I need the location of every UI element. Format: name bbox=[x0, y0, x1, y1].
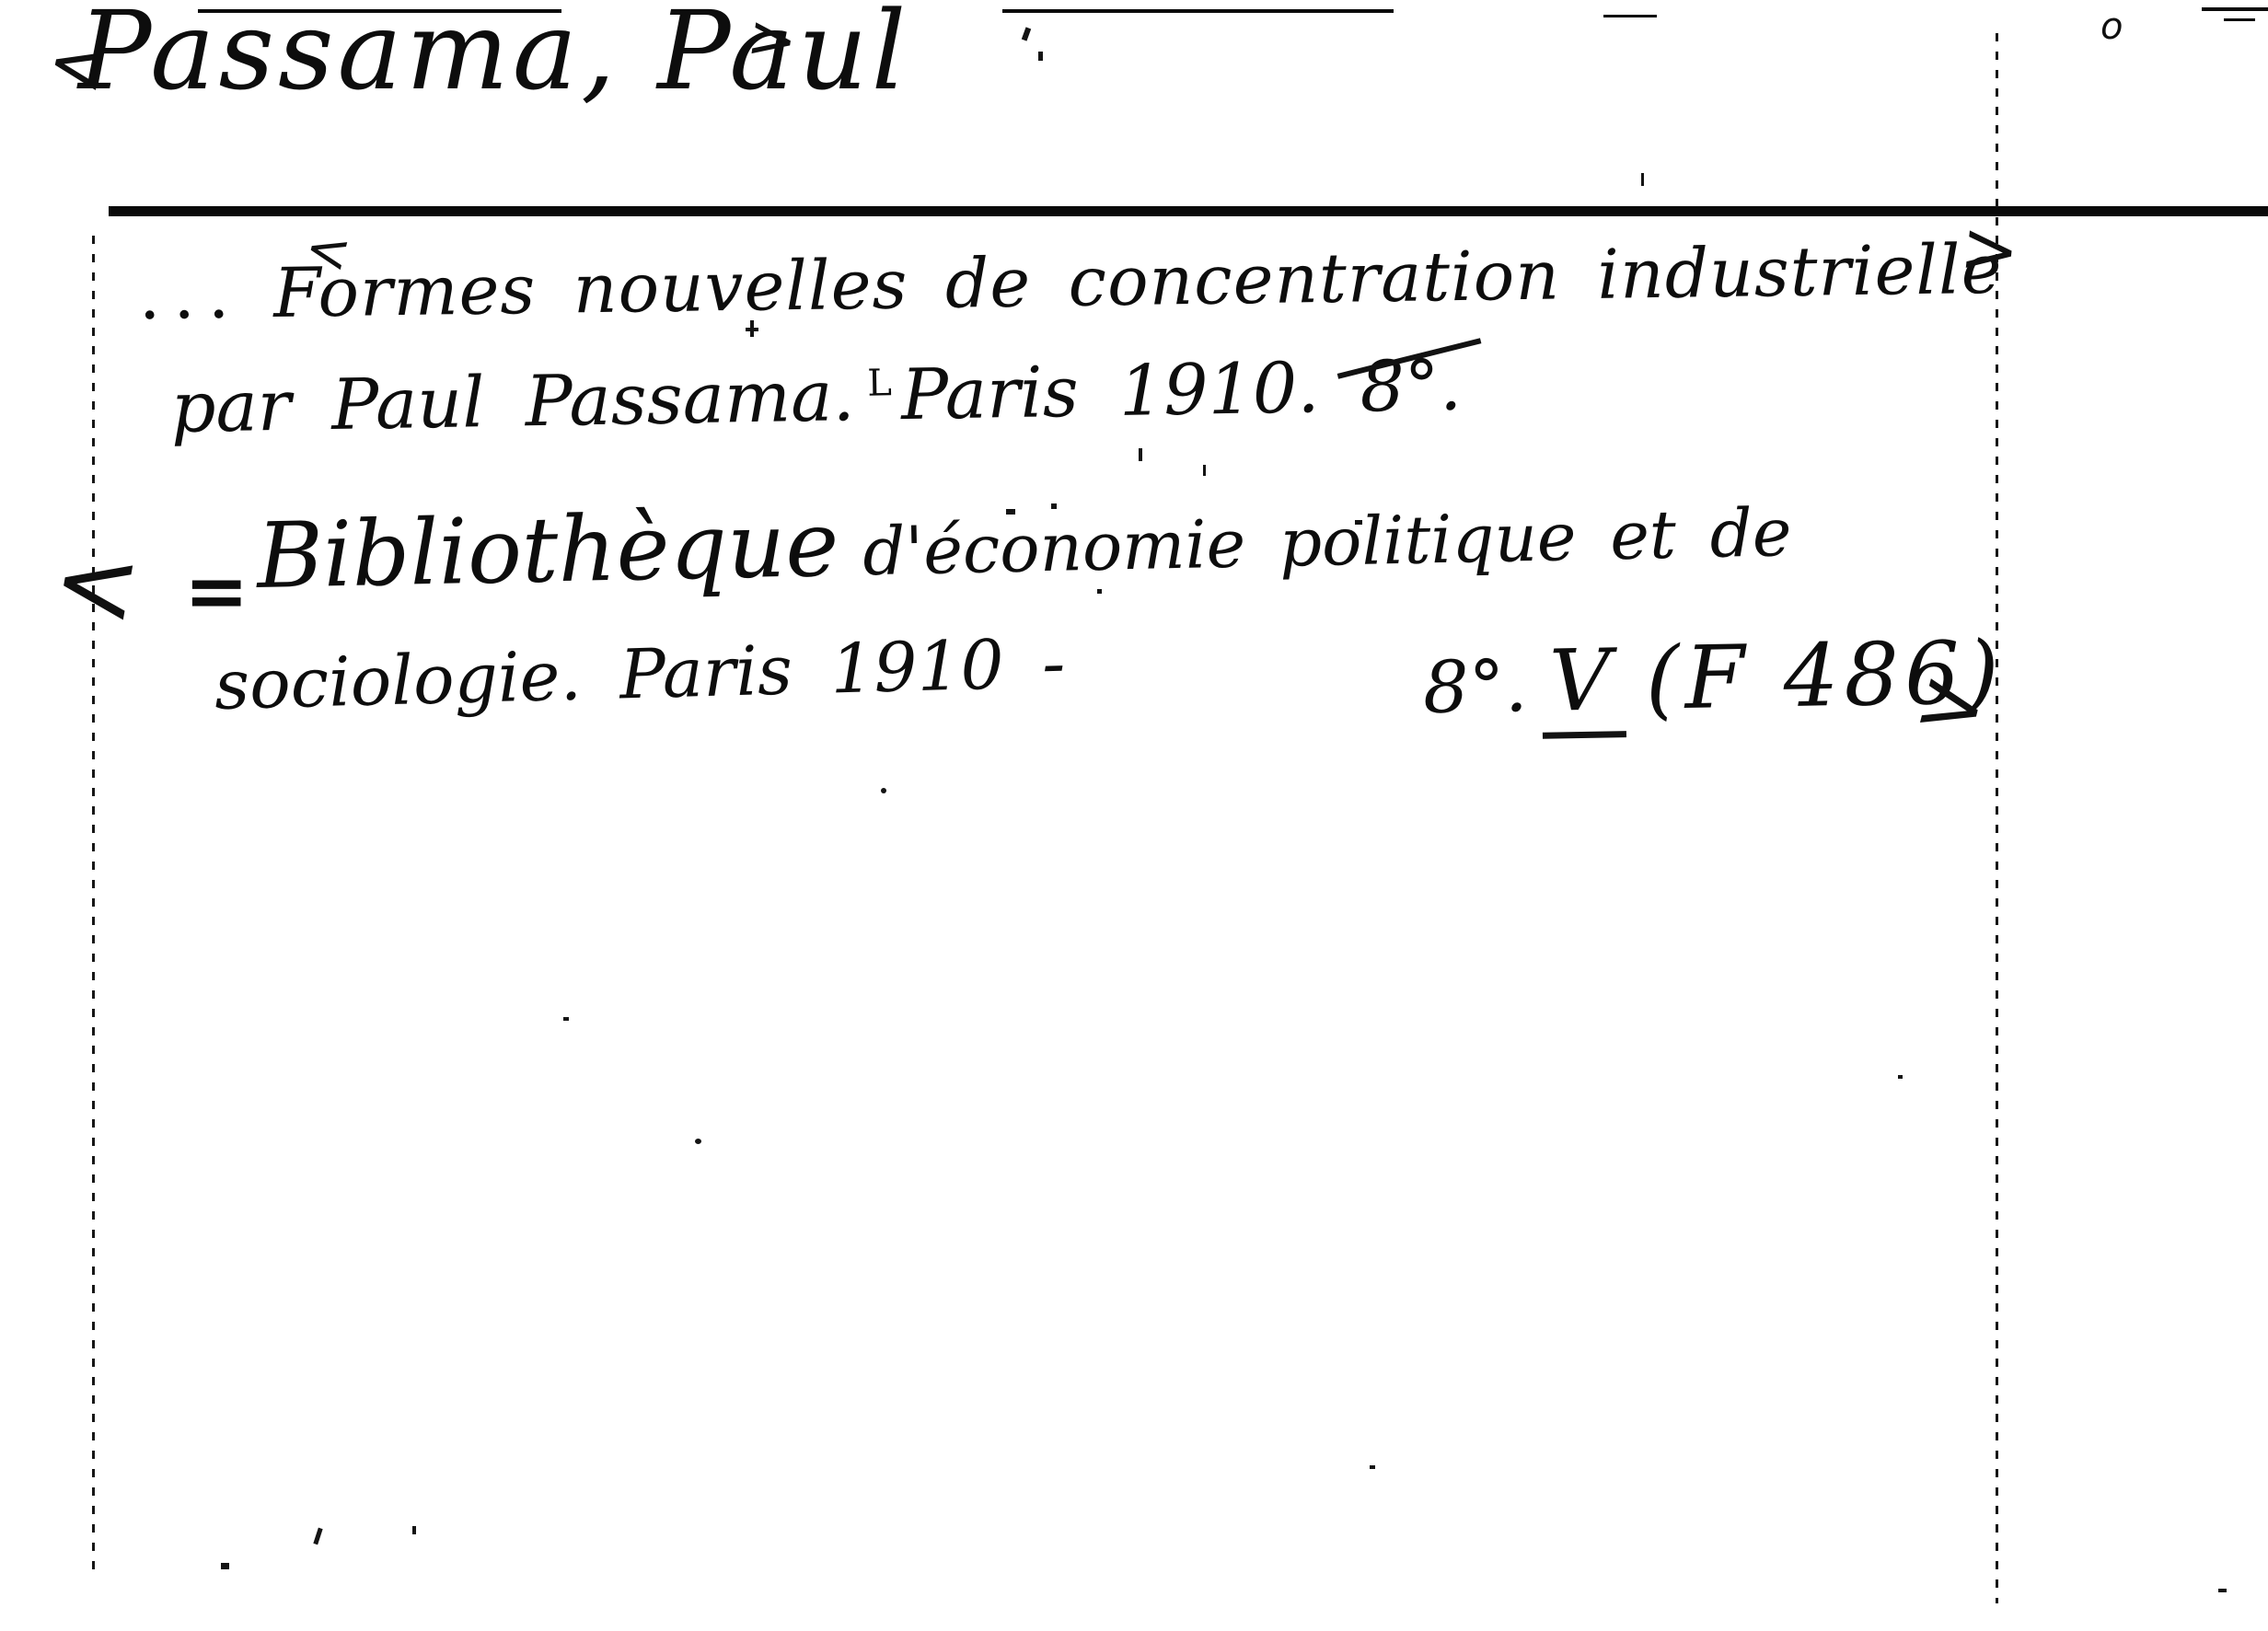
scan-speck bbox=[1641, 173, 1644, 186]
imprint: Paris 1910. bbox=[900, 346, 1320, 435]
insertion-caret-mark: L bbox=[867, 362, 892, 404]
scan-speck bbox=[1203, 465, 1206, 476]
scan-edge-fragment bbox=[2202, 7, 2268, 11]
series-title-word: Bibliothèque bbox=[256, 492, 839, 609]
format-8vo: 8°. bbox=[1360, 344, 1463, 428]
catalog-card: < Passama, Paul > o < ...Formes nouvelle… bbox=[0, 0, 2268, 1631]
title-line-1: ...Formes nouvelles de concentration ind… bbox=[138, 230, 2003, 335]
scan-speck bbox=[1022, 27, 1031, 40]
scan-speck bbox=[1355, 520, 1362, 525]
statement-of-responsibility: par Paul Passama. bbox=[170, 354, 855, 448]
scan-edge-fragment bbox=[1603, 15, 1657, 17]
corner-circle-mark: o bbox=[2100, 6, 2123, 48]
volume-numeral: V bbox=[1541, 630, 1626, 739]
equals-mark: = bbox=[184, 545, 245, 636]
scan-speck bbox=[412, 1526, 416, 1534]
title-line-2: par Paul Passama.LParis 1910. 8°. bbox=[170, 344, 1463, 448]
scan-speck bbox=[1370, 1465, 1375, 1469]
title-text: Formes nouvelles de concentration indust… bbox=[273, 230, 2003, 333]
scan-speck bbox=[750, 320, 754, 337]
scan-edge-fragment bbox=[1002, 9, 1394, 13]
scan-speck bbox=[1097, 589, 1102, 594]
scan-speck bbox=[1139, 448, 1142, 461]
scan-speck bbox=[313, 1528, 322, 1545]
scan-speck bbox=[221, 1563, 229, 1569]
scan-speck bbox=[1006, 509, 1015, 515]
leading-dots: ... bbox=[138, 254, 243, 335]
left-dotted-edge bbox=[92, 236, 95, 1570]
series-line-2: sociologie. Paris 1910 - bbox=[214, 624, 1066, 725]
series-title-rest: d'économie politique et de bbox=[862, 493, 1792, 590]
scan-speck bbox=[1038, 52, 1043, 61]
series-format: 8°. bbox=[1422, 645, 1528, 730]
heading-rule bbox=[109, 206, 2268, 216]
scan-speck bbox=[1898, 1075, 1903, 1079]
scan-speck bbox=[2218, 1589, 2227, 1592]
scan-edge-fragment bbox=[2224, 18, 2255, 21]
scan-speck bbox=[881, 788, 886, 793]
series-line-1: Bibliothèqued'économie politique et de bbox=[256, 472, 1792, 609]
scan-speck bbox=[1051, 503, 1057, 509]
insertion-angle-mark: > bbox=[1957, 205, 2024, 293]
insertion-angle-mark: > bbox=[743, 3, 801, 77]
scan-speck bbox=[563, 1017, 569, 1021]
scan-speck bbox=[695, 1139, 701, 1144]
insertion-angle-mark: < bbox=[43, 518, 149, 651]
